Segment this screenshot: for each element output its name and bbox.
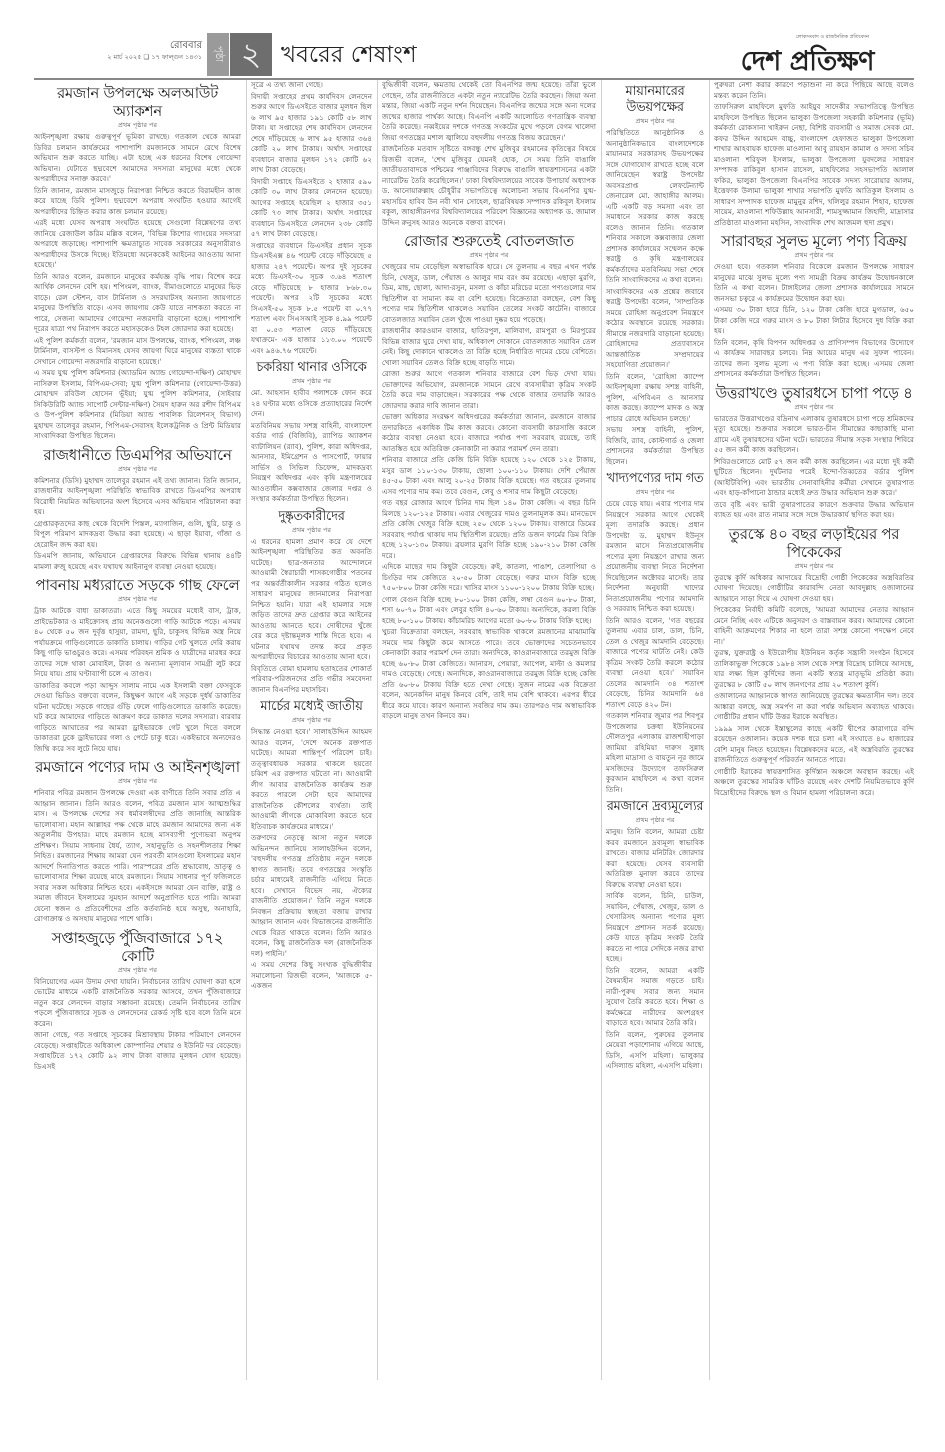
- story-headline: পাবনায় মধ্যরাতে সড়কে গাছ ফেলে: [34, 576, 241, 594]
- story-paragraph: তরুণদের নেতৃত্বে আসা নতুন দলকে অভিনন্দন …: [251, 833, 372, 959]
- news-story: রাজধানীতে ডিএমপির অভিযানেপ্রথম পৃষ্ঠার প…: [34, 446, 241, 573]
- story-paragraph: রাজধানীর কারওয়ান বাজার, হাতিরপুল, মালিব…: [382, 326, 596, 368]
- story-paragraph: পরিস্থিতিতে আনুষ্ঠানিক ও অনানুষ্ঠানিকভাব…: [606, 128, 704, 286]
- story-paragraph: খুচরা বিক্রেতারা বলছেন, সরবরাহ স্বাভাবিক…: [382, 627, 596, 722]
- story-paragraph: বিনিয়োগের এমন উদ্যম দেখা যায়নি। নির্বা…: [34, 977, 241, 1030]
- story-headline: সারাবছর সুলভ মূল্যে পণ্য বিক্রয়: [714, 232, 914, 250]
- page-label: পৃষ্ঠা: [207, 33, 229, 76]
- continuation-label: প্রথম পৃষ্ঠার পর: [251, 526, 372, 535]
- story-paragraph: পিকেকের নির্বাহী কমিটি বলেছে, 'আমরা আমাদ…: [714, 605, 914, 647]
- story-paragraph: আইনশৃঙ্খলা রক্ষায় গুরুত্বপূর্ণ ভূমিকা র…: [34, 132, 241, 185]
- story-paragraph: তুরস্ক, যুক্তরাষ্ট্র ও ইউরোপীয় ইউনিয়ন …: [714, 648, 914, 690]
- story-paragraph: খেজুরের দাম বেড়েছিল অস্বাভাবিক হারে। সে…: [382, 262, 596, 325]
- column-2: সূত্রে এ তথ্য জানা গেছে।বিদায়ী সপ্তাহের…: [251, 80, 372, 1380]
- news-story: রোজার শুরুতেই বোতলজাতপ্রথম পৃষ্ঠার পরখেজ…: [382, 232, 596, 722]
- story-headline: দুষ্কৃতকারীদের: [251, 509, 372, 525]
- story-paragraph: এরই মধ্যে যেসব অপরাধ সংঘটিত হয়েছে সেগুল…: [34, 218, 241, 271]
- continuation-label: প্রথম পৃষ্ঠার পর: [251, 377, 372, 386]
- news-story: সূত্রে এ তথ্য জানা গেছে।বিদায়ী সপ্তাহের…: [251, 80, 372, 356]
- story-paragraph: রাজনৈতিক মতবাদ সৃষ্টিতে বঙ্গবন্ধু শেখ মু…: [382, 144, 596, 228]
- story-paragraph: দেওয়া হবে। গতকাল শনিবার বিকেলে রমজান উপ…: [714, 262, 914, 304]
- story-paragraph: মো. আহসান হাবীব পলাশকে ফোন করে ২৪ ঘণ্টার…: [251, 388, 372, 420]
- column-divider: [246, 80, 247, 1380]
- story-paragraph: এই পুলিশ কর্মকর্তা বলেন, 'রমজান মাস উপলক…: [34, 336, 241, 368]
- column-divider: [709, 80, 710, 1380]
- continuation-label: প্রথম পৃষ্ঠার পর: [34, 595, 241, 604]
- column-divider: [377, 80, 378, 1380]
- story-paragraph: রোজা শুরুর আগে গতকাল শনিবার বাজারে বেশ ভ…: [382, 369, 596, 411]
- story-headline: উত্তরাখণ্ডে তুষারধসে চাপা পড়ে ৪: [714, 384, 914, 402]
- news-story: পুরুষরা নেশা করার কারণে পড়াশুনা না করে …: [714, 80, 914, 228]
- continuation-label: প্রথম পৃষ্ঠার পর: [34, 121, 241, 130]
- news-story: সারাবছর সুলভ মূল্যে পণ্য বিক্রয়প্রথম পৃ…: [714, 232, 914, 380]
- continuation-label: প্রথম পৃষ্ঠার পর: [714, 403, 914, 412]
- story-headline: খাদ্যপণ্যের দাম গত: [606, 471, 704, 487]
- story-headline: রমজান উপলক্ষে অলআউট অ্যাকশন: [34, 84, 241, 120]
- column-5: পুরুষরা নেশা করার কারণে পড়াশুনা না করে …: [714, 80, 914, 1380]
- story-paragraph: এ ধরনের হামলা প্রমাণ করে যে দেশে আইনশৃঙ্…: [251, 537, 372, 663]
- masthead: রোববার ২ মার্চ ২০২৫ ❑ ১৭ ফাল্গুন ১৪৩১ পৃ…: [34, 30, 914, 80]
- column-divider: [601, 80, 602, 1380]
- story-paragraph: মতবিনিময় সভায় সশস্ত্র বাহিনী, বাংলাদেশ…: [251, 421, 372, 505]
- news-story: তুরস্কে ৪০ বছর লড়াইয়ের পর পিকেকেরপ্রথম…: [714, 525, 914, 799]
- story-paragraph: চেয়ে বেড়ে যায়। এবার পণ্যের দাম নিয়ন্…: [606, 499, 704, 615]
- story-paragraph: সার্বিক বলেন, চিনি, চাউল, সয়াবিন, পেঁয়…: [606, 891, 704, 965]
- story-paragraph: বিদায়ী সপ্তাহের প্রথম কার্যদিবস লেনদেন …: [251, 92, 372, 176]
- masthead-date: ২ মার্চ ২০২৫ ❑ ১৭ ফাল্গুন ১৪৩১: [74, 52, 202, 63]
- news-story: খাদ্যপণ্যের দাম গতপ্রথম পৃষ্ঠার পরচেয়ে …: [606, 471, 704, 795]
- story-paragraph: তুরস্কে কুর্দি অধিকার আদায়ের বিদ্রোহী গ…: [714, 573, 914, 605]
- story-paragraph: এ সময় যুগ্ম পুলিশ কমিশনার (অ্যাডমিন অ্য…: [34, 368, 241, 442]
- story-paragraph: ট্রাক আটকে বাধ্য ডাকাতরা। এতে কিছু সময়ে…: [34, 606, 241, 680]
- story-paragraph: তবে বৃষ্টি এবং ভারী তুষারপাতের কারণে শুক…: [714, 500, 914, 521]
- section-title: খবরের শেষাংশ: [281, 36, 417, 75]
- story-paragraph: গ্রেপ্তারকৃতদের কাছ থেকে বিদেশি পিস্তল, …: [34, 519, 241, 551]
- news-story: রমজানে দ্রব্যমূল্যেরপ্রথম পৃষ্ঠার পরমানু…: [606, 799, 704, 1072]
- story-headline: সপ্তাহজুড়ে পুঁজিবাজারে ১৭২ কোটি: [34, 929, 241, 965]
- news-story: রমজানে পণ্যের দাম ও আইনশৃঙ্খলাপ্রথম পৃষ্…: [34, 758, 241, 925]
- story-paragraph: সূত্রে এ তথ্য জানা গেছে।: [251, 80, 372, 91]
- story-paragraph: ডিএমপি জানায়, অভিযানে গ্রেপ্তারদের বিরু…: [34, 551, 241, 572]
- story-paragraph: ১৯৯৯ সাল থেকে ইস্তাম্বুলের কাছে একটি দ্ব…: [714, 724, 914, 766]
- story-paragraph: শনিবার বাজারে প্রতি কেজি চিনি বিক্রি হয়…: [382, 455, 596, 497]
- story-paragraph: বিবৃতিতে বোমা হামলায় হতাহতের শোকার্ত পর…: [251, 664, 372, 696]
- story-paragraph: এসময় ৩০ টাকা হারে চিনি, ১২০ টাকা কেজি হ…: [714, 305, 914, 337]
- story-paragraph: পুরুষরা নেশা করার কারণে পড়াশুনা না করে …: [714, 80, 914, 101]
- news-story: বুদ্ধিজীবী বলেন, ক্ষমতায় থেকেই তো বিএনপ…: [382, 80, 596, 228]
- story-paragraph: শনিবার পবিত্র রমজান উপলক্ষে দেওয়া এক বা…: [34, 788, 241, 925]
- story-paragraph: সপ্তাহের ব্যবধানে ডিএসইর প্রধান সূচক ডিএ…: [251, 241, 372, 357]
- story-headline: রমজানে দ্রব্যমূল্যের: [606, 799, 704, 815]
- continuation-label: প্রথম পৃষ্ঠার পর: [714, 251, 914, 260]
- story-paragraph: তিনি জানান, রমজান মাসজুড়ে নিরাপত্তা নিশ…: [34, 186, 241, 218]
- story-paragraph: গোল বেগুন বিক্রি হচ্ছে ৮০-১০০ টাকা কেজি,…: [382, 595, 596, 627]
- story-paragraph: তিনি বলেন, কৃষি বিপণন অধিদপ্তর ও প্রাণিস…: [714, 338, 914, 380]
- story-paragraph: সাংবাদিকদের এক প্রশ্নের জবাবে স্বরাষ্ট্র…: [606, 287, 704, 371]
- story-paragraph: তিনি আরও বলেন, রমজানে মানুষের কর্মযজ্ঞ ব…: [34, 272, 241, 335]
- continuation-label: প্রথম পৃষ্ঠার পর: [382, 251, 596, 260]
- story-paragraph: বিদায়ী সপ্তাহে ডিএসইতে ২ হাজার ৫৯০ কোটি…: [251, 177, 372, 240]
- story-headline: রাজধানীতে ডিএমপির অভিযানে: [34, 446, 241, 464]
- column-3: বুদ্ধিজীবী বলেন, ক্ষমতায় থেকেই তো বিএনপ…: [382, 80, 596, 1380]
- story-paragraph: এ সময় দেশের কিছু সংখ্যক বুদ্ধিজীবীর সমা…: [251, 960, 372, 992]
- news-story: মায়ানমারের উভয়পক্ষেরপ্রথম পৃষ্ঠার পরপর…: [606, 84, 704, 467]
- news-story: উত্তরাখণ্ডে তুষারধসে চাপা পড়ে ৪প্রথম পৃ…: [714, 384, 914, 521]
- column-1: রমজান উপলক্ষে অলআউট অ্যাকশনপ্রথম পৃষ্ঠার…: [34, 80, 241, 1380]
- news-story: রমজান উপলক্ষে অলআউট অ্যাকশনপ্রথম পৃষ্ঠার…: [34, 84, 241, 442]
- news-story: চকরিয়া থানার ওসিকেপ্রথম পৃষ্ঠার পরমো. আ…: [251, 360, 372, 505]
- story-paragraph: ডাকাতির কবলে পড়া আব্দুস সালাম নামে এক ই…: [34, 681, 241, 755]
- continuation-label: প্রথম পৃষ্ঠার পর: [34, 777, 241, 786]
- story-headline: মায়ানমারের উভয়পক্ষের: [606, 84, 704, 116]
- story-paragraph: মানুষ। তিনি বলেন, আমরা চেষ্টা করব রমজানে…: [606, 827, 704, 890]
- story-paragraph: গতকাল শনিবার জুমার পর শিবপুর উপজেলার চক্…: [606, 711, 704, 795]
- story-paragraph: ভোক্তা অধিকার সংরক্ষণ অধিদপ্তরের কর্মকর্…: [382, 412, 596, 454]
- continuation-label: প্রথম পৃষ্ঠার পর: [606, 488, 704, 497]
- story-paragraph: গত বছর রোজার আগে চিনির দাম ছিল ১৪০ টাকা …: [382, 498, 596, 561]
- continuation-label: প্রথম পৃষ্ঠার পর: [606, 117, 704, 126]
- story-paragraph: এদিকে মাছের দাম কিছুটা বেড়েছে। রুই, কাত…: [382, 562, 596, 594]
- story-paragraph: গোষ্ঠীটি ইরাকের স্বায়ত্তশাসিত কুর্দিস্ত…: [714, 767, 914, 799]
- continuation-label: প্রথম পৃষ্ঠার পর: [251, 716, 372, 725]
- story-headline: চকরিয়া থানার ওসিকে: [251, 360, 372, 376]
- story-paragraph: বুদ্ধিজীবী বলেন, ক্ষমতায় থেকেই তো বিএনপ…: [382, 80, 596, 143]
- story-paragraph: সিদ্ধান্ত নেওয়া হবে।' সালাহউদ্দিন আহমদ …: [251, 727, 372, 832]
- story-paragraph: শিবিরগুলোতে মোট ৫৭ জন কর্মী কাজ করছিলেন।…: [714, 457, 914, 499]
- story-paragraph: তাফসিরুল মাহফিলে মুফতি আইয়ুব সাদেকীর সভ…: [714, 102, 914, 228]
- story-paragraph: ভারতের উত্তরাখণ্ডের বদ্রিনাথ এলাকায় তুষ…: [714, 414, 914, 456]
- page-number: ২: [230, 33, 272, 76]
- story-paragraph: তিনি বলেন, আমরা একটি বৈষম্যহীন সমাজ গড়ত…: [606, 966, 704, 1029]
- continuation-label: প্রথম পৃষ্ঠার পর: [34, 966, 241, 975]
- news-story: পাবনায় মধ্যরাতে সড়কে গাছ ফেলেপ্রথম পৃষ…: [34, 576, 241, 754]
- story-headline: তুরস্কে ৪০ বছর লড়াইয়ের পর পিকেকের: [714, 525, 914, 561]
- news-story: মার্চের মধ্যেই জাতীয়প্রথম পৃষ্ঠার পরসিদ…: [251, 699, 372, 992]
- news-story: সপ্তাহজুড়ে পুঁজিবাজারে ১৭২ কোটিপ্রথম পৃ…: [34, 929, 241, 1073]
- story-paragraph: তিনি বলেন, পুরুষের তুলনায় মেয়েরা পড়াশ…: [606, 1030, 704, 1072]
- story-paragraph: সভায় সশস্ত্র বাহিনী, পুলিশ, বিজিবি, র‍্…: [606, 425, 704, 467]
- continuation-label: প্রথম পৃষ্ঠার পর: [34, 465, 241, 474]
- story-paragraph: তিনি আরও বলেন, 'গত বছরের তুলনায় এবার চা…: [606, 616, 704, 711]
- continuation-label: প্রথম পৃষ্ঠার পর: [714, 562, 914, 571]
- story-headline: রোজার শুরুতেই বোতলজাত: [382, 232, 596, 250]
- story-headline: রমজানে পণ্যের দাম ও আইনশৃঙ্খলা: [34, 758, 241, 776]
- story-paragraph: ওজালানের আহ্বানকে স্বাগত জানিয়েছে তুরস্…: [714, 691, 914, 723]
- column-4: মায়ানমারের উভয়পক্ষেরপ্রথম পৃষ্ঠার পরপর…: [606, 80, 704, 1380]
- story-paragraph: জানা গেছে, গত সপ্তাহে সূচকের মিশ্রাবস্থা…: [34, 1030, 241, 1072]
- story-paragraph: কমিশনার (ডিসি) মুহাম্মদ তালেবুর রহমান এই…: [34, 476, 241, 518]
- story-headline: মার্চের মধ্যেই জাতীয়: [251, 699, 372, 715]
- continuation-label: প্রথম পৃষ্ঠার পর: [606, 816, 704, 825]
- news-story: দুষ্কৃতকারীদেরপ্রথম পৃষ্ঠার পরএ ধরনের হা…: [251, 509, 372, 696]
- story-paragraph: তিনি বলেন, 'রোহিঙ্গা ক্যাম্পে আইনশৃঙ্খলা…: [606, 372, 704, 425]
